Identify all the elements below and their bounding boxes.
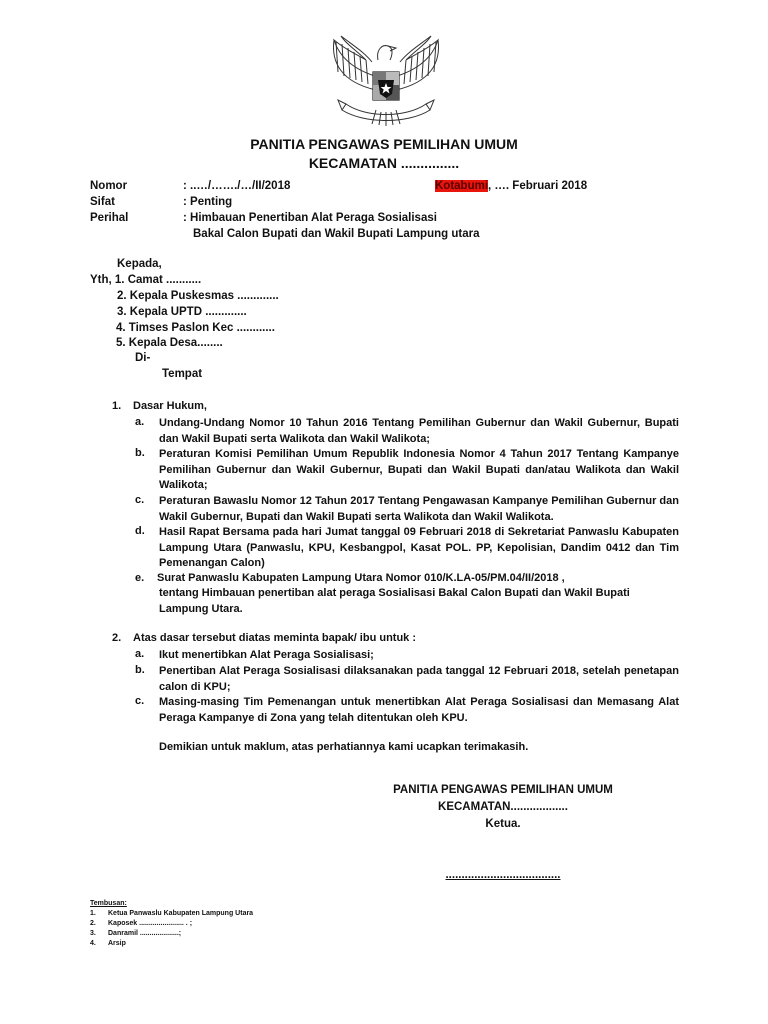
tembusan-3-marker: 3. (90, 930, 96, 937)
recipient-3: 3. Kepala UPTD ............. (117, 306, 247, 318)
section2-c-text: Masing-masing Tim Pemenangan untuk mener… (159, 695, 679, 726)
section2-a-text: Ikut menertibkan Alat Peraga Sosialisasi… (159, 648, 679, 664)
section2-b-text: Penertiban Alat Peraga Sosialisasi dilak… (159, 664, 679, 695)
section1-c-marker: c. (135, 494, 144, 506)
signature-kecamatan: KECAMATAN.................. (343, 801, 663, 813)
recipient-2: 2. Kepala Puskesmas ............. (117, 290, 279, 302)
header-subtitle: KECAMATAN ............... (0, 155, 768, 171)
tembusan-1-text: Ketua Panwaslu Kabupaten Lampung Utara (108, 910, 253, 917)
signature-name: .................................... (343, 869, 663, 881)
section1-e-marker: e. (135, 572, 144, 584)
garuda-emblem-icon (316, 32, 456, 127)
section1-e-line2: tentang Himbauan penertiban alat peraga … (159, 587, 630, 599)
closing: Demikian untuk maklum, atas perhatiannya… (159, 741, 528, 753)
section1-b-text: Peraturan Komisi Pemilihan Umum Republik… (159, 447, 679, 494)
perihal-value-cont: Bakal Calon Bupati dan Wakil Bupati Lamp… (193, 228, 479, 240)
section2-marker: 2. (112, 632, 121, 644)
section1-c-text: Peraturan Bawaslu Nomor 12 Tahun 2017 Te… (159, 494, 679, 525)
section2-c-marker: c. (135, 695, 144, 707)
section1-e-line3: Lampung Utara. (159, 603, 243, 615)
tembusan-title: Tembusan: (90, 900, 127, 907)
place-date: Kotabumi, …. Februari 2018 (435, 180, 587, 192)
recipient-1: Yth, 1. Camat ........... (90, 274, 201, 286)
kepada: Kepada, (117, 258, 162, 270)
sifat-label: Sifat (90, 196, 115, 208)
section1-a-text: Undang-Undang Nomor 10 Tahun 2016 Tentan… (159, 416, 679, 447)
tembusan-4-text: Arsip (108, 940, 126, 947)
section2-b-marker: b. (135, 664, 145, 676)
section1-d-marker: d. (135, 525, 145, 537)
section2-a-marker: a. (135, 648, 144, 660)
signature-org: PANITIA PENGAWAS PEMILIHAN UMUM (343, 784, 663, 796)
section1-title: Dasar Hukum, (133, 400, 207, 412)
section1-e-line1: Surat Panwaslu Kabupaten Lampung Utara N… (157, 572, 565, 584)
tembusan-3-text: Danramil ....................; (108, 930, 181, 937)
nomor-value: : ..…/……./…/II/2018 (183, 180, 290, 192)
recipient-5: 5. Kepala Desa........ (116, 337, 223, 349)
section1-marker: 1. (112, 400, 121, 412)
tembusan-2-text: Kaposek ....................... . ; (108, 920, 192, 927)
header-title: PANITIA PENGAWAS PEMILIHAN UMUM (0, 136, 768, 152)
section1-d-text: Hasil Rapat Bersama pada hari Jumat tang… (159, 525, 679, 572)
tembusan-4-marker: 4. (90, 940, 96, 947)
date: , …. Februari 2018 (488, 180, 587, 192)
section2-title: Atas dasar tersebut diatas meminta bapak… (133, 632, 416, 644)
recipient-4: 4. Timses Paslon Kec ............ (116, 322, 275, 334)
tempat: Tempat (162, 368, 202, 380)
tembusan-2-marker: 2. (90, 920, 96, 927)
perihal-label: Perihal (90, 212, 128, 224)
section1-b-marker: b. (135, 447, 145, 459)
perihal-value: : Himbauan Penertiban Alat Peraga Sosial… (183, 212, 437, 224)
tembusan-1-marker: 1. (90, 910, 96, 917)
signature-role: Ketua. (343, 818, 663, 830)
di: Di- (135, 352, 150, 364)
section1-a-marker: a. (135, 416, 144, 428)
sifat-value: : Penting (183, 196, 232, 208)
nomor-label: Nomor (90, 180, 127, 192)
place-highlight: Kotabumi (435, 180, 488, 192)
